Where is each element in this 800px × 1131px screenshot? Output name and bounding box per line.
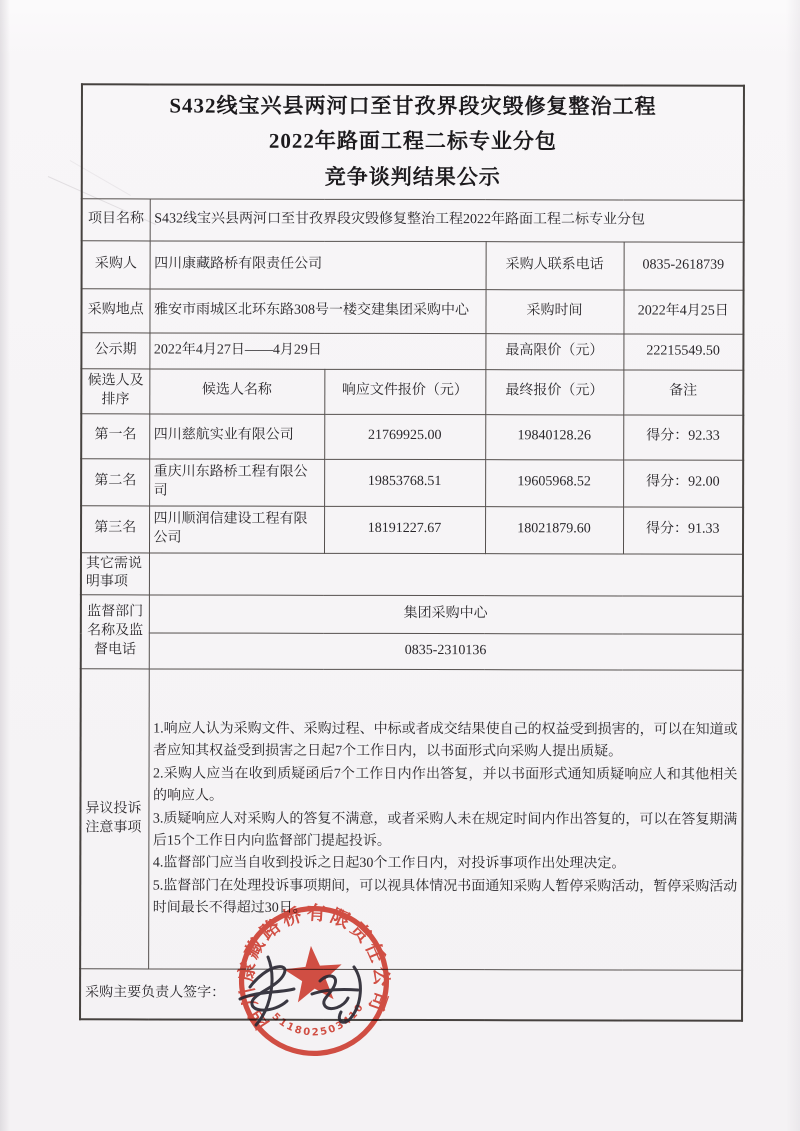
supervision-phone: 0835-2310136 (149, 633, 743, 670)
other-notes-label: 其它需说明事项 (81, 552, 149, 595)
objection-item-4: 4.监督部门应当自收到投诉之日起30个工作日内，对投诉事项作出处理决定。 (153, 853, 738, 877)
publicity-value: 2022年4月27日——4月29日 (149, 332, 485, 369)
candidate-rank: 第二名 (81, 458, 149, 505)
purchaser-phone-value: 0835-2618739 (624, 241, 744, 289)
table-row: 第一名 四川慈航实业有限公司 21769925.00 19840128.26 得… (81, 413, 743, 459)
project-name-value: S432线宝兴县两河口至甘孜界段灾毁修复整治工程2022年路面工程二标专业分包 (150, 198, 744, 241)
title-line-3: 竞争谈判结果公示 (87, 159, 739, 196)
candidate-note: 得分：91.33 (623, 506, 743, 553)
col-header-bid: 响应文件报价（元） (324, 369, 485, 414)
candidate-rank: 第一名 (81, 413, 149, 458)
candidate-bid: 19853768.51 (324, 459, 485, 506)
scanned-document-page: S432线宝兴县两河口至甘孜界段灾毁修复整治工程 2022年路面工程二标专业分包… (0, 0, 800, 1131)
candidate-name: 重庆川东路桥工程有限公司 (149, 458, 324, 505)
candidate-bid: 21769925.00 (324, 414, 485, 459)
signature-label: 采购主要负责人签字： (85, 985, 225, 1000)
max-price-label: 最高限价（元） (485, 333, 623, 369)
col-header-rank: 候选人及排序 (81, 368, 149, 413)
candidate-bid: 18191227.67 (324, 506, 485, 553)
project-name-label: 项目名称 (82, 198, 150, 240)
candidate-name: 四川慈航实业有限公司 (149, 413, 324, 458)
candidate-rank: 第三名 (81, 505, 149, 552)
location-value: 雅安市雨城区北环东路308号一楼交建集团采购中心 (149, 288, 485, 333)
candidate-final: 19605968.52 (485, 459, 623, 506)
objection-item-5: 5.监督部门在处理投诉事项期间，可以视具体情况书面通知采购人暂停采购活动，暂停采… (153, 875, 738, 921)
time-value: 2022年4月25日 (623, 289, 743, 333)
candidate-final: 19840128.26 (485, 414, 623, 459)
objection-item-3: 3.质疑响应人对采购人的答复不满意，或者采购人未在规定时间内作出答复的，可以在答… (153, 808, 738, 854)
location-label: 采购地点 (81, 288, 149, 332)
col-header-note: 备注 (623, 369, 743, 414)
supervision-name: 集团采购中心 (149, 595, 743, 634)
purchaser-phone-label: 采购人联系电话 (486, 241, 624, 289)
candidate-note: 得分：92.00 (623, 459, 743, 506)
objection-item-2: 2.采购人应当在收到质疑函后7个工作日内作出答复，并以书面形式通知质疑响应人和其… (153, 763, 738, 809)
document-title: S432线宝兴县两河口至甘孜界段灾毁修复整治工程 2022年路面工程二标专业分包… (82, 84, 744, 199)
objection-items: 1.响应人认为采购文件、采购过程、中标或者成交结果使自己的权益受到损害的，可以在… (148, 669, 743, 970)
candidate-note: 得分：92.33 (623, 414, 743, 459)
publicity-label: 公示期 (81, 332, 149, 368)
title-line-2: 2022年路面工程二标专业分包 (87, 124, 739, 161)
objection-label: 异议投诉注意事项 (80, 669, 149, 969)
title-line-1: S432线宝兴县两河口至甘孜界段灾毁修复整治工程 (87, 88, 739, 125)
objection-item-1: 1.响应人认为采购文件、采购过程、中标或者成交结果使自己的权益受到损害的，可以在… (153, 718, 738, 764)
table-row: 第三名 四川顺润信建设工程有限公司 18191227.67 18021879.6… (81, 505, 743, 553)
purchaser-value: 四川康藏路桥有限责任公司 (150, 240, 486, 289)
col-header-final: 最终报价（元） (485, 369, 623, 414)
time-label: 采购时间 (485, 289, 623, 333)
col-header-name: 候选人名称 (149, 368, 324, 413)
supervision-label: 监督部门名称及监督电话 (81, 595, 149, 669)
result-announcement-table: S432线宝兴县两河口至甘孜界段灾毁修复整治工程 2022年路面工程二标专业分包… (79, 83, 745, 1021)
max-price-value: 22215549.50 (623, 333, 743, 369)
table-row: 第二名 重庆川东路桥工程有限公司 19853768.51 19605968.52… (81, 458, 743, 506)
signature-row: 采购主要负责人签字： (80, 969, 742, 1020)
candidate-name: 四川顺润信建设工程有限公司 (149, 505, 324, 552)
purchaser-label: 采购人 (82, 240, 150, 288)
candidate-final: 18021879.60 (485, 506, 623, 553)
other-notes-value (149, 552, 743, 596)
